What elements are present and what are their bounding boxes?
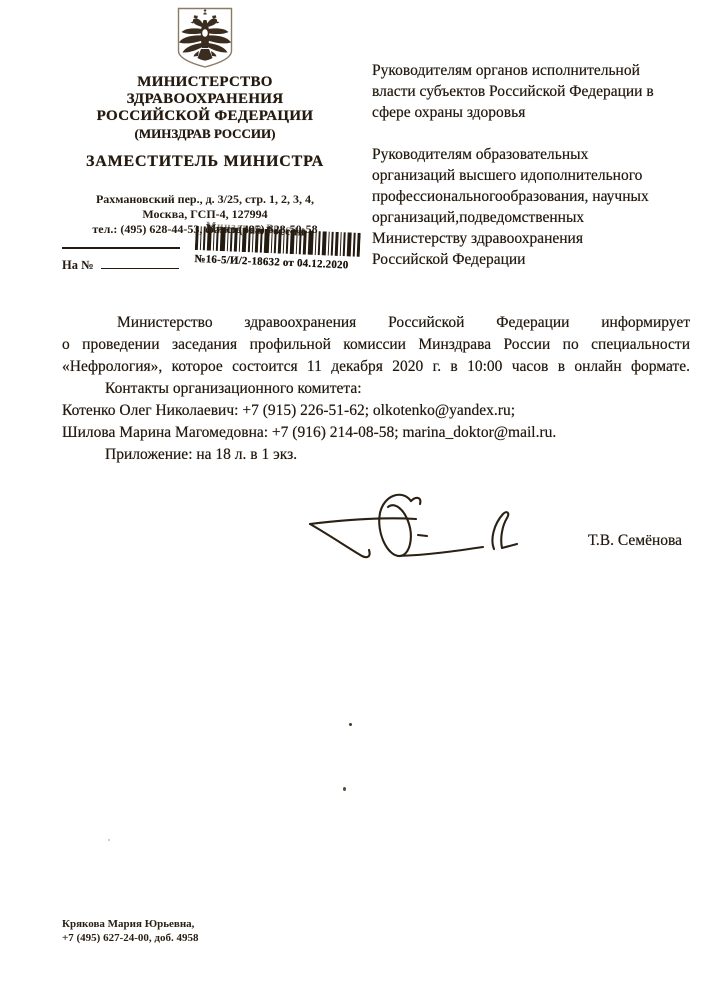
ministry-line: МИНИСТЕРСТВО (55, 74, 355, 91)
body-line: Министерство здравоохранения Российской … (62, 312, 690, 334)
address-line: Москва, ГСП-4, 127994 (55, 207, 355, 222)
recipient-line: Руководителям органов исполнительной (372, 60, 702, 81)
letter-body: Министерство здравоохранения Российской … (62, 312, 690, 466)
attachment-note: Приложение: на 18 л. в 1 экз. (62, 444, 690, 466)
contact-line: Котенко Олег Николаевич: +7 (915) 226-51… (62, 400, 690, 422)
signer-position-title: ЗАМЕСТИТЕЛЬ МИНИСТРА (55, 153, 355, 171)
signer-name: Т.В. Семёнова (588, 532, 682, 550)
recipient-line: профессиональногообразования, научных (372, 186, 702, 207)
contacts-heading: Контакты организационного комитета: (62, 378, 690, 400)
executor-phone: +7 (495) 627-24-00, доб. 4958 (62, 931, 199, 945)
recipient-line: власти субъектов Российской Федерации в (372, 81, 702, 102)
recipients: Руководителям органов исполнительной вла… (372, 60, 702, 291)
ministry-short-name: (МИНЗДРАВ РОССИИ) (55, 126, 355, 141)
letter-page: МИНИСТЕРСТВО ЗДРАВООХРАНЕНИЯ РОССИЙСКОЙ … (0, 0, 720, 1008)
executor-info: Крякова Мария Юрьевна, +7 (495) 627-24-0… (62, 917, 199, 945)
body-line: о проведении заседания профильной комисс… (62, 334, 690, 356)
recipient-block-educational-organizations: Руководителям образовательных организаци… (372, 144, 702, 270)
ministry-line: ЗДРАВООХРАНЕНИЯ (55, 91, 355, 108)
address-line: Рахмановский пер., д. 3/25, стр. 1, 2, 3… (55, 192, 355, 207)
executor-name: Крякова Мария Юрьевна, (62, 917, 199, 931)
ministry-name: МИНИСТЕРСТВО ЗДРАВООХРАНЕНИЯ РОССИЙСКОЙ … (55, 74, 355, 125)
recipient-line: Министерству здравоохранения (372, 228, 702, 249)
recipient-line: Российской Федерации (372, 249, 702, 270)
recipient-line: организаций высшего идополнительного (372, 165, 702, 186)
scan-speck (343, 787, 346, 791)
letterhead: МИНИСТЕРСТВО ЗДРАВООХРАНЕНИЯ РОССИЙСКОЙ … (55, 6, 355, 237)
scan-speck (108, 839, 110, 841)
contact-line: Шилова Марина Магомедовна: +7 (916) 214-… (62, 422, 690, 444)
registration-stamp: Минздрав России №16-5/И/2-18632 от 04.12… (194, 222, 368, 272)
recipient-line: Руководителям образовательных (372, 144, 702, 165)
recipient-block-regional-authorities: Руководителям органов исполнительной вла… (372, 60, 702, 123)
scan-speck (349, 723, 352, 726)
ministry-line: РОССИЙСКОЙ ФЕДЕРАЦИИ (55, 108, 355, 125)
body-line: «Нефрология», которое состоится 11 декаб… (62, 356, 690, 378)
outgoing-number-rule (62, 247, 180, 249)
coat-of-arms-icon (164, 6, 246, 70)
handwritten-signature (298, 487, 533, 567)
recipient-line: сфере охраны здоровья (372, 102, 702, 123)
recipient-line: организаций,подведомственных (372, 207, 702, 228)
reply-to-number-label: На № (62, 258, 94, 272)
reply-to-number-row: На № (62, 256, 179, 273)
reply-to-number-blank (101, 256, 179, 269)
